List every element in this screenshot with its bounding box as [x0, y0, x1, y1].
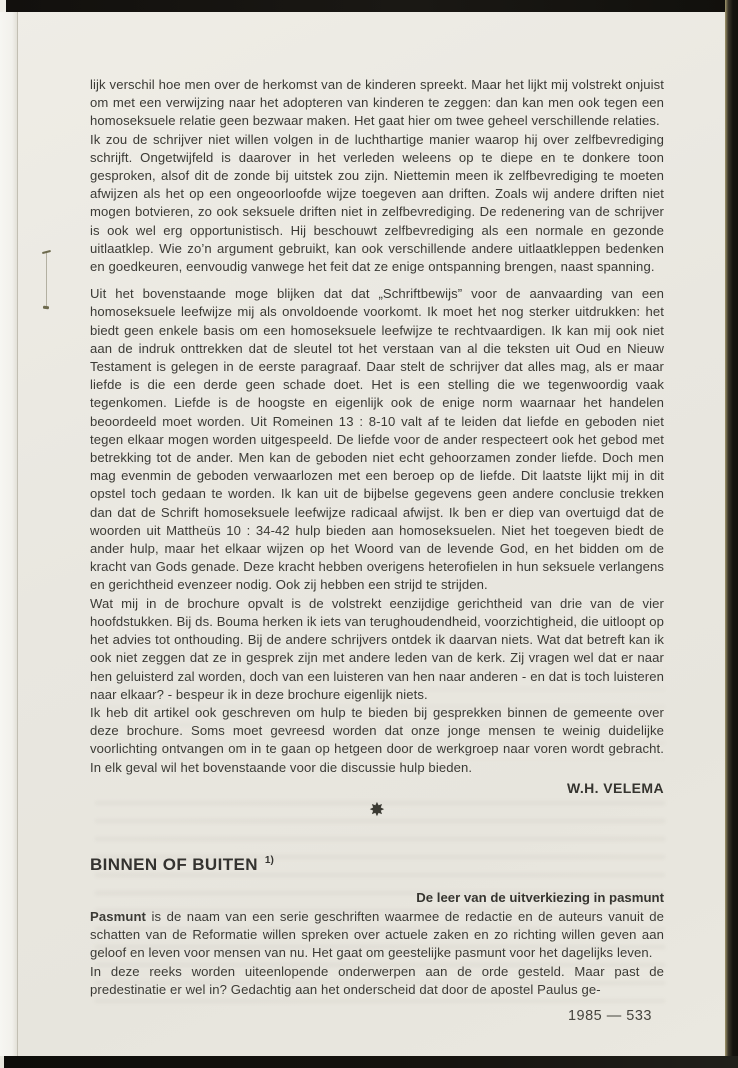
intro-paragraph: Pasmunt is de naam van een serie geschri… [90, 908, 664, 963]
paragraph: Uit het bovenstaande moge blijken dat da… [90, 285, 664, 594]
margin-mark-line [46, 252, 47, 308]
asterisk-divider-icon: ✸ [90, 799, 664, 822]
section-heading: BINNEN OF BUITEN1) [90, 855, 274, 875]
top-edge [6, 0, 738, 12]
article-text: lijk verschil hoe men over de herkomst v… [90, 76, 664, 777]
paragraph: Wat mij in de brochure opvalt is de vols… [90, 595, 664, 704]
section-title: BINNEN OF BUITEN [90, 855, 258, 874]
intro-paragraph-text: is de naam van een serie geschriften waa… [90, 909, 664, 960]
right-edge [725, 0, 738, 1068]
section-body: Pasmunt is de naam van een serie geschri… [90, 908, 664, 999]
page-number: 1985 — 533 [568, 1008, 652, 1024]
margin-mark [40, 248, 54, 312]
margin-mark-tick [43, 306, 49, 310]
paragraph: Ik heb dit artikel ook geschreven om hul… [90, 704, 664, 777]
paragraph: Ik zou de schrijver niet willen volgen i… [90, 131, 664, 277]
series-name: Pasmunt [90, 909, 146, 924]
bottom-edge [4, 1056, 738, 1068]
scanned-page: lijk verschil hoe men over de herkomst v… [0, 0, 738, 1068]
footnote-marker: 1) [265, 855, 274, 866]
section-subtitle: De leer van de uitverkiezing in pasmunt [90, 890, 664, 905]
left-page-edge [0, 12, 18, 1056]
paragraph: lijk verschil hoe men over de herkomst v… [90, 76, 664, 131]
author-signature: W.H. VELEMA [90, 780, 664, 796]
paragraph: In deze reeks worden uiteenlopende onder… [90, 963, 664, 999]
